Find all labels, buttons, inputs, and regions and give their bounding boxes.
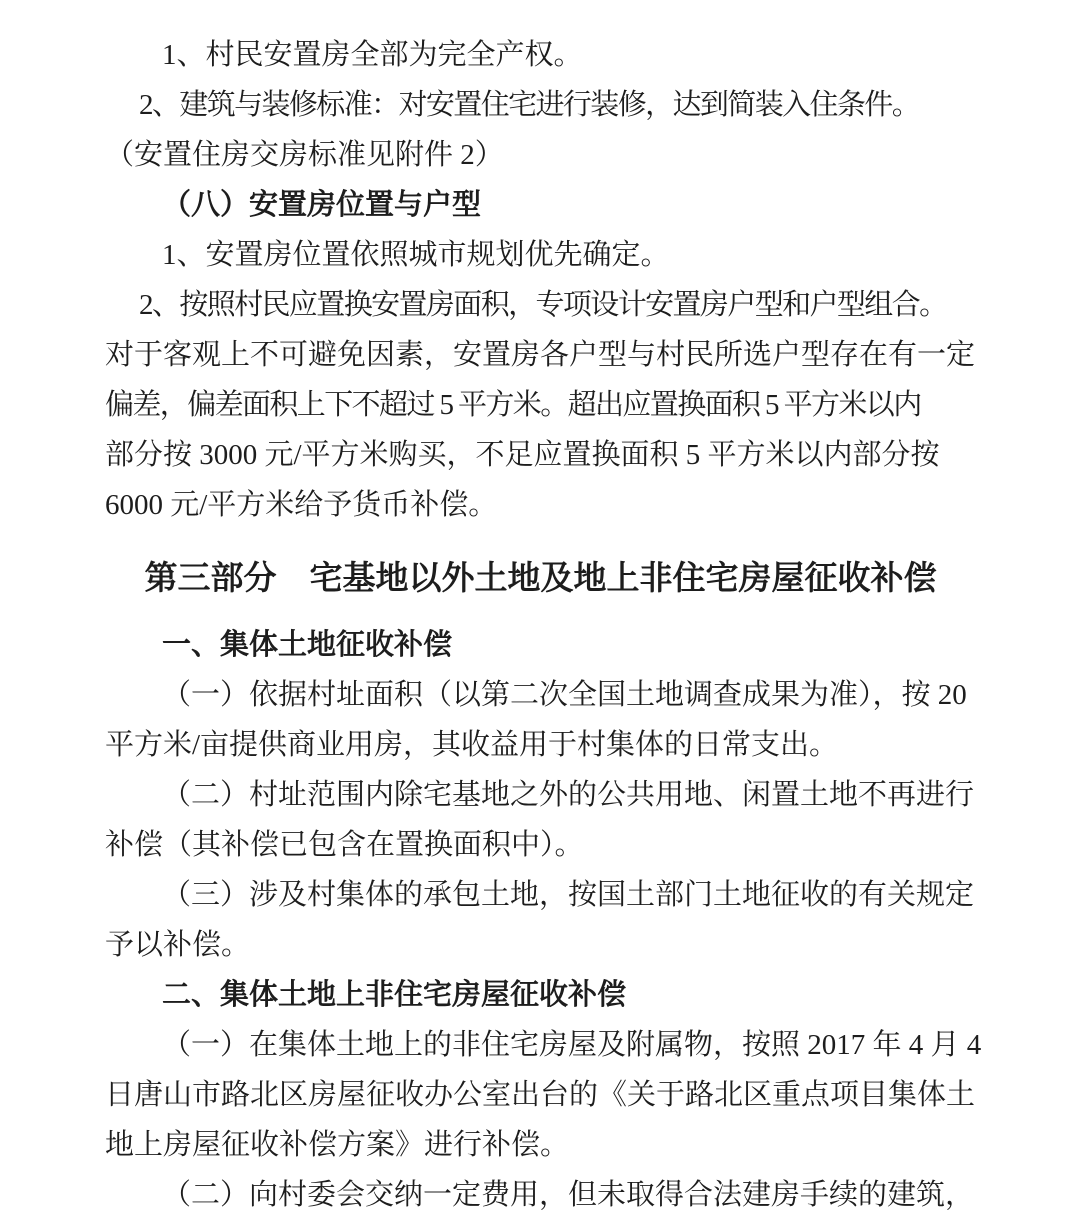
part-heading: 第三部分 宅基地以外土地及地上非住宅房屋征收补偿 (105, 548, 976, 608)
doc-line: 2、按照村民应置换安置房面积，专项设计安置房户型和户型组合。 (105, 280, 976, 330)
section-heading: 二、集体土地上非住宅房屋征收补偿 (105, 970, 976, 1020)
doc-line: 1、村民安置房全部为完全产权。 (105, 30, 976, 80)
doc-line: 日唐山市路北区房屋征收办公室出台的《关于路北区重点项目集体土 (105, 1070, 976, 1120)
doc-line: 补偿（其补偿已包含在置换面积中）。 (105, 820, 976, 870)
doc-line: 1、安置房位置依照城市规划优先确定。 (105, 230, 976, 280)
doc-line: 2、建筑与装修标准：对安置住宅进行装修，达到简装入住条件。 (105, 80, 976, 130)
doc-line: 6000 元/平方米给予货币补偿。 (105, 480, 976, 530)
section-heading: （八）安置房位置与户型 (105, 180, 976, 230)
doc-line: （二）村址范围内除宅基地之外的公共用地、闲置土地不再进行 (105, 770, 976, 820)
section-heading: 一、集体土地征收补偿 (105, 620, 976, 670)
doc-line: 偏差，偏差面积上下不超过 5 平方米。超出应置换面积 5 平方米以内 (105, 380, 976, 430)
doc-line: 地上房屋征收补偿方案》进行补偿。 (105, 1120, 976, 1170)
doc-line: 部分按 3000 元/平方米购买，不足应置换面积 5 平方米以内部分按 (105, 430, 976, 480)
doc-line: 予以补偿。 (105, 920, 976, 970)
doc-line: （三）涉及村集体的承包土地，按国土部门土地征收的有关规定 (105, 870, 976, 920)
doc-line: （一）依据村址面积（以第二次全国土地调查成果为准），按 20 (105, 670, 976, 720)
document-page: 1、村民安置房全部为完全产权。2、建筑与装修标准：对安置住宅进行装修，达到简装入… (0, 0, 1080, 1229)
doc-line: （安置住房交房标准见附件 2） (105, 130, 976, 180)
doc-line: （一）在集体土地上的非住宅房屋及附属物，按照 2017 年 4 月 4 (105, 1020, 976, 1070)
doc-line: 对于客观上不可避免因素，安置房各户型与村民所选户型存在有一定 (105, 330, 976, 380)
doc-line: （二）向村委会交纳一定费用，但未取得合法建房手续的建筑， (105, 1170, 976, 1220)
doc-line: 平方米/亩提供商业用房，其收益用于村集体的日常支出。 (105, 720, 976, 770)
